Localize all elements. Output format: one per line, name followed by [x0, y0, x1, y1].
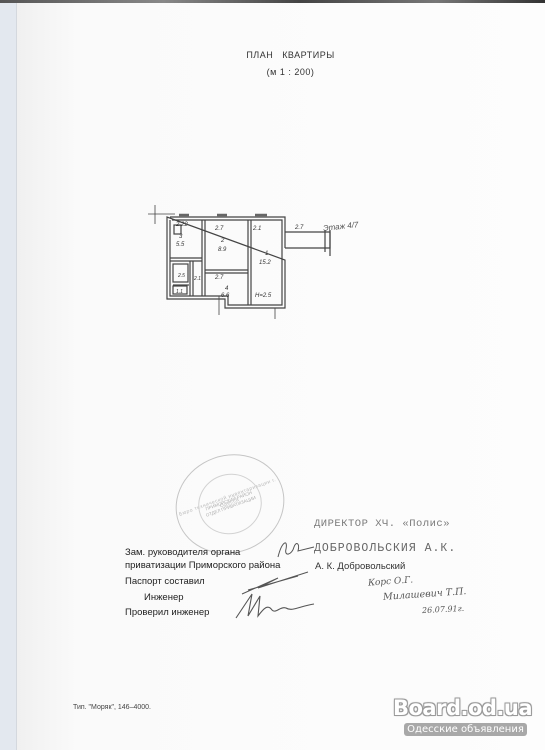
- document-title: ПЛАН КВАРТИРЫ: [18, 50, 545, 60]
- printer-footer: Тип. "Моряк", 146–4000.: [73, 704, 151, 711]
- compiled-by-label: Паспорт составил: [125, 576, 205, 587]
- room1-number: 1: [265, 251, 268, 257]
- watermark-tagline: Одесские объявления: [404, 723, 527, 736]
- room2-number: 2: [220, 238, 225, 244]
- room3-number: 3: [179, 234, 183, 240]
- deputy-label-line1: Зам. руководителя органа: [125, 547, 240, 558]
- wc-area: 1.1: [176, 289, 183, 295]
- ceiling-height: H=2.5: [255, 293, 272, 299]
- director-name-stamp: ДОБРОВОЛЬСКИЯ А.К.: [314, 542, 456, 555]
- floor-plan-drawing: 2.22 3 5.5 2.7 2 8.9 2.1 1 15.2 2.7 4 6.…: [145, 200, 345, 320]
- bath-dim: 2.1: [193, 276, 201, 282]
- round-stamp-center: ПРИМОРСКИЙ РАЙОН ОТДЕЛ ПРИВАТИЗАЦИИ: [190, 465, 271, 543]
- signature-checker-icon: [230, 590, 320, 620]
- scan-border-left: [0, 3, 17, 750]
- room1-dim: 2.1: [252, 226, 261, 232]
- watermark-site: Board.od.ua: [393, 697, 532, 719]
- checked-by-label: Проверил инженер: [125, 607, 209, 618]
- room1-area: 15.2: [259, 260, 271, 266]
- balcony-dim: 2.7: [294, 225, 304, 231]
- room4-dim: 2.7: [214, 275, 224, 281]
- room2-area: 8.9: [218, 247, 227, 253]
- typed-name: А. К. Добровольский: [315, 561, 405, 572]
- floor-plan: 2.22 3 5.5 2.7 2 8.9 2.1 1 15.2 2.7 4 6.…: [145, 200, 345, 325]
- document-scale: (м 1 : 200): [18, 67, 545, 77]
- room3-dim: 2.22: [175, 222, 188, 228]
- room4-area: 6.6: [221, 293, 230, 299]
- watermark: Board.od.ua Одесские объявления: [393, 697, 532, 737]
- director-title-stamp: ДИРЕКТОР ХЧ. «Полис»: [314, 518, 450, 530]
- signature-deputy-icon: [270, 535, 320, 565]
- room3-area: 5.5: [176, 242, 185, 248]
- room4-number: 4: [225, 286, 229, 292]
- engineer-label: Инженер: [144, 592, 184, 603]
- paper-sheet: [17, 3, 545, 750]
- bath-area: 2.5: [177, 273, 185, 279]
- room2-dim: 2.7: [214, 226, 224, 232]
